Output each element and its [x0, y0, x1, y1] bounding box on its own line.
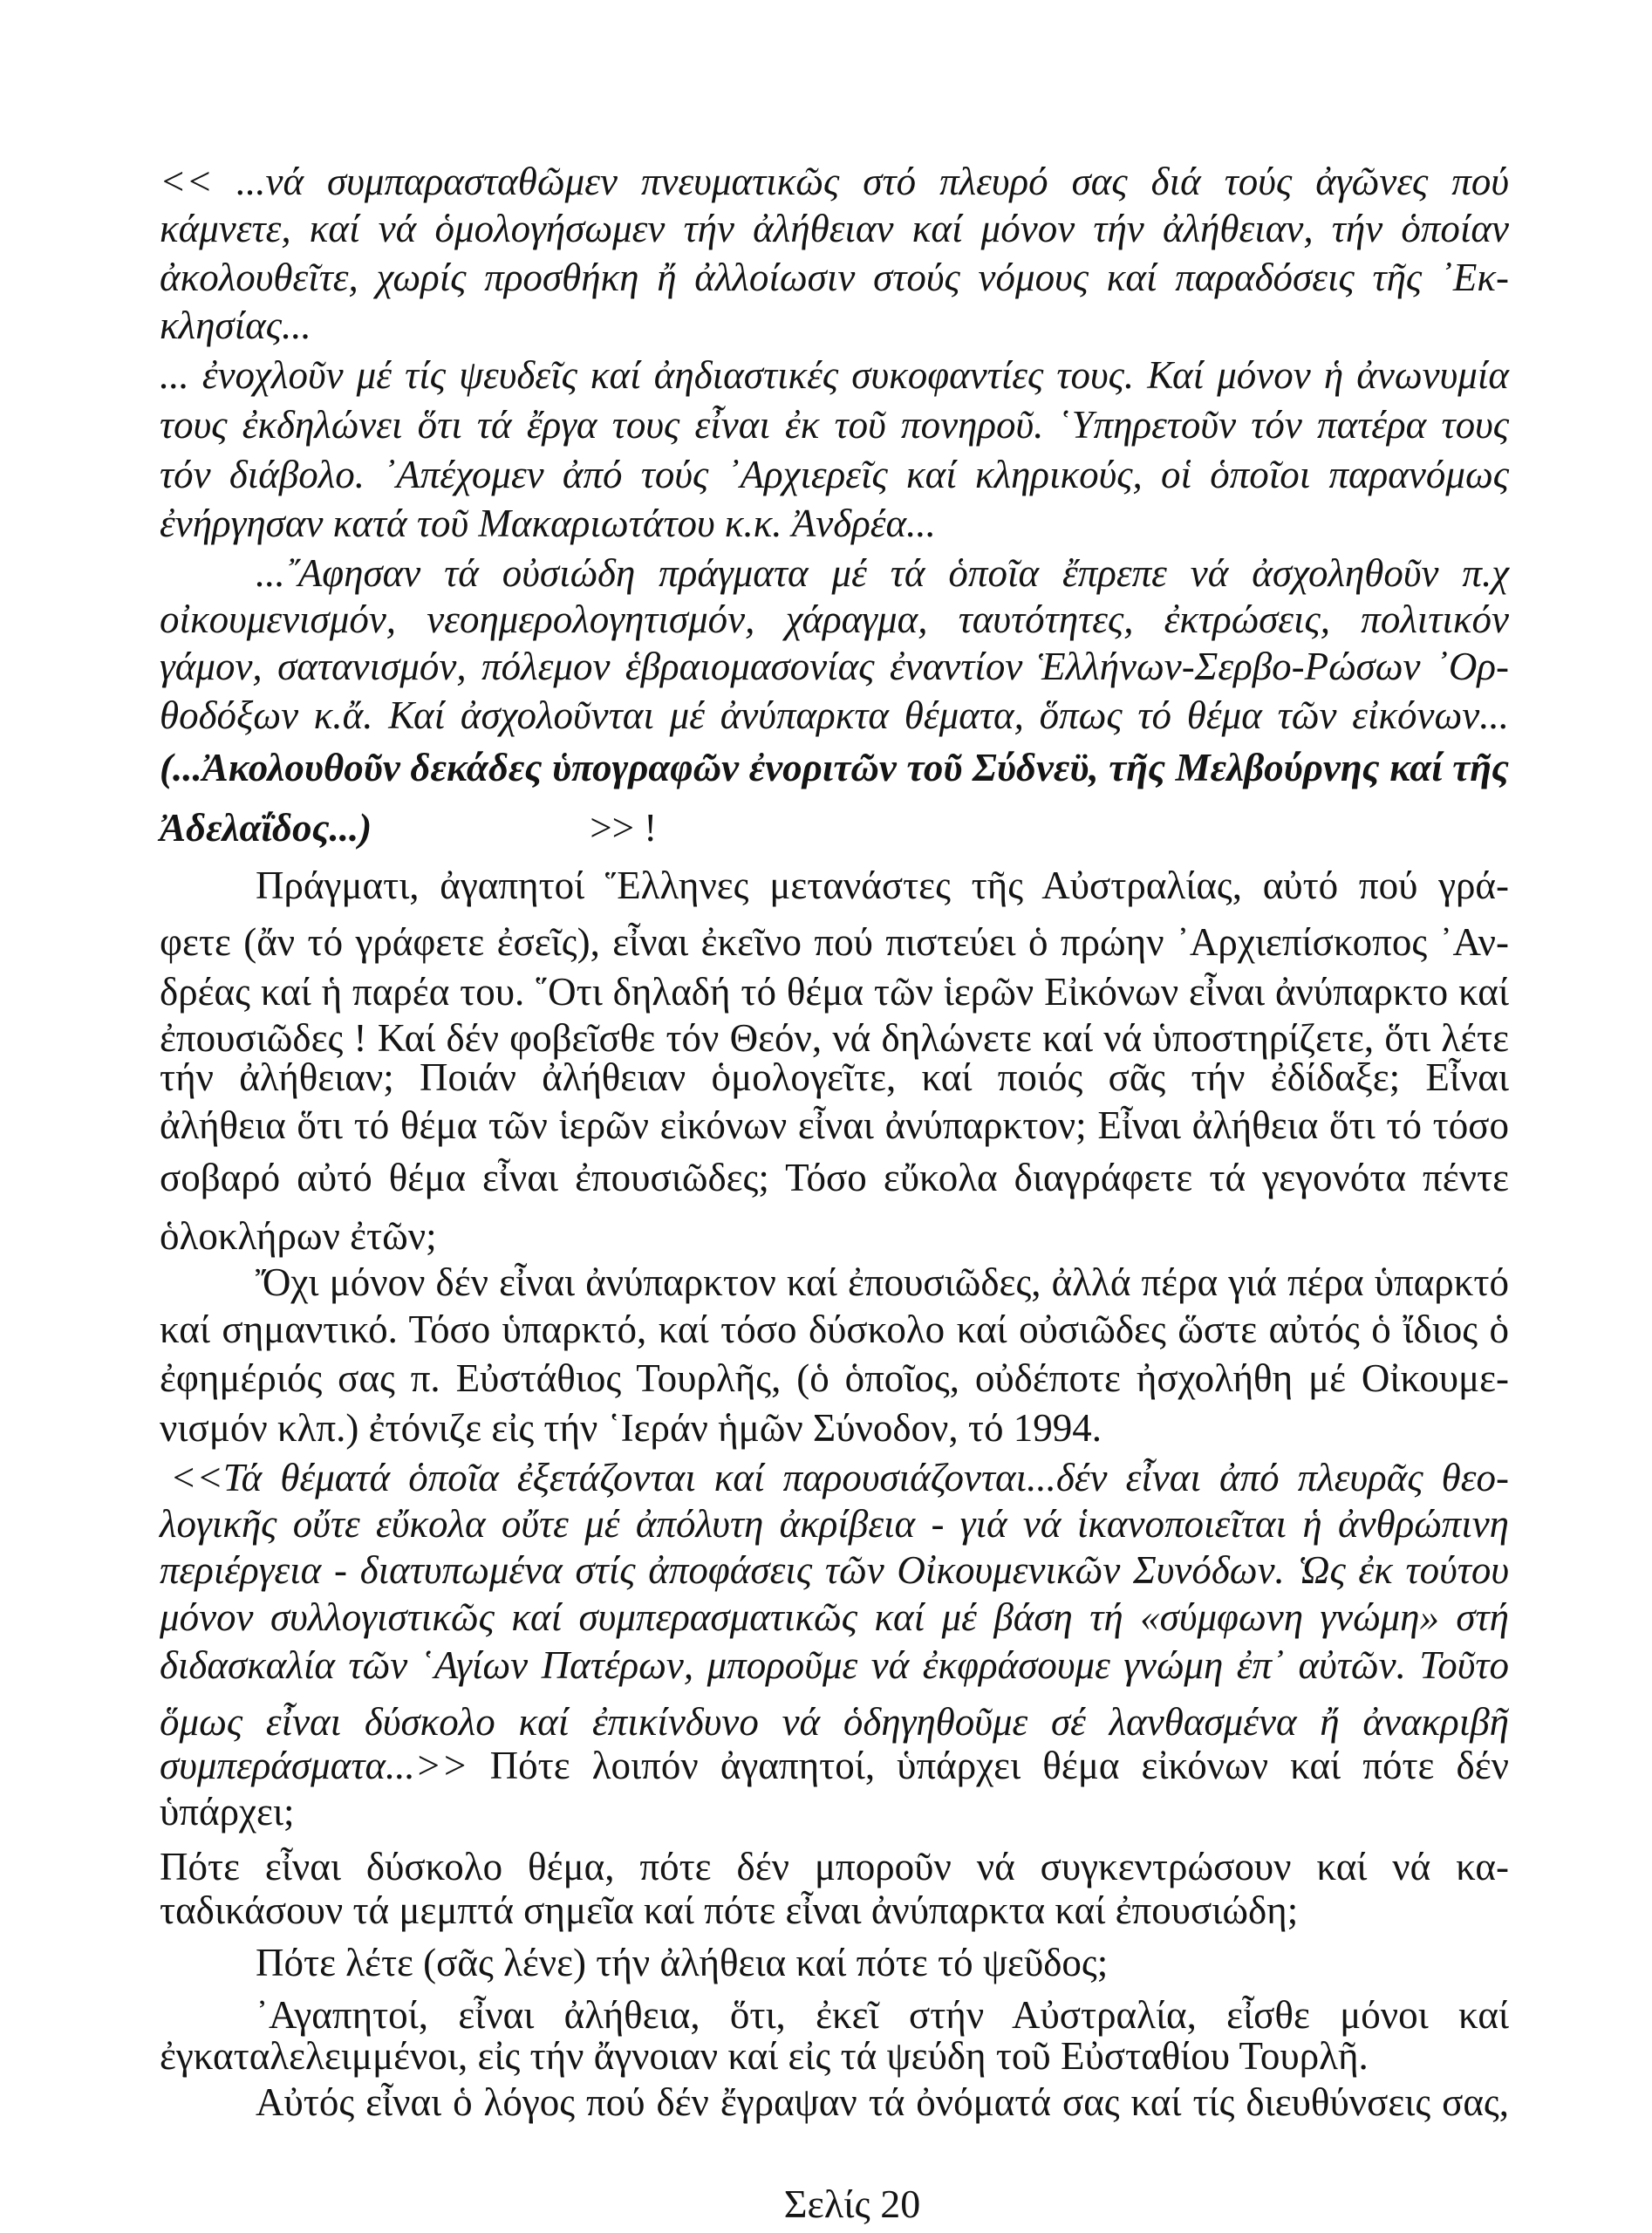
quote2-end-italic: συμπεράσματα...>> [160, 1744, 468, 1787]
signature-location: Ἀδελαΐδος...) [160, 806, 372, 850]
quote1-line-5: ... ἐνοχλοῦν μέ τίς ψευδεῖς καί ἀηδιαστι… [160, 349, 1509, 401]
quote2-line-3: περιέργεια - διατυπωμένα στίς ἀποφάσεις … [160, 1544, 1509, 1596]
page-number: Σελίς 20 [0, 2178, 1652, 2230]
paragraph2-line-1: Ὄχι μόνον δέν εἶναι ἀνύπαρκτον καί ἐπουσ… [160, 1256, 1509, 1308]
paragraph1-line-6: ἀλήθεια ὅτι τό θέμα τῶν ἱερῶν εἰκόνων εἶ… [160, 1099, 1509, 1151]
quote1-signature-line-2: Ἀδελαΐδος...)>> ! [160, 802, 1509, 854]
quote1-line-11: γάμον, σατανισμόν, πόλεμον ἑβραιομασονία… [160, 640, 1509, 693]
paragraph3-line-3: ταδικάσουν τά μεμπτά σημεῖα καί πότε εἶν… [160, 1884, 1509, 1936]
quote1-line-12: θοδόξων κ.ἄ. Καί ἀσχολοῦνται μέ ἀνύπαρκτ… [160, 689, 1509, 741]
quote1-line-7: τόν διάβολο. ᾿Απέχομεν ἀπό τούς ᾿Αρχιερε… [160, 448, 1509, 501]
quote1-line-3: ἀκολουθεῖτε, χωρίς προσθήκη ἤ ἀλλοίωσιν … [160, 251, 1509, 304]
paragraph1-line-8: ὁλοκλήρων ἐτῶν; [160, 1210, 1509, 1262]
quote1-line-9: ...῎Αφησαν τά οὐσιώδη πράγματα μέ τά ὁπο… [160, 547, 1509, 599]
paragraph1-line-3: δρέας καί ἡ παρέα του. ῞Οτι δηλαδή τό θέ… [160, 966, 1509, 1018]
quote1-line-2: κάμνετε, καί νά ὁμολογήσωμεν τήν ἀλήθεια… [160, 202, 1509, 255]
quote1-signature-line-1: (...Ἀκολουθοῦν δεκάδες ὑπογραφῶν ἐνοριτῶ… [160, 741, 1509, 794]
quote1-line-4: κλησίας... [160, 299, 1509, 352]
paragraph3-line-6: ἐγκαταλελειμμένοι, εἰς τήν ἄγνοιαν καί ε… [160, 2030, 1509, 2082]
quote2-line-1: <<Τά θέματά ὁποῖα ἐξετάζονται καί παρουσ… [170, 1451, 1509, 1504]
paragraph3-line-1: ὑπάρχει; [160, 1786, 1509, 1838]
quote2-line-7: συμπεράσματα...>> Πότε λοιπόν ἀγαπητοί, … [160, 1739, 1509, 1792]
paragraph1-line-5: τήν ἀλήθειαν; Ποιάν ἀλήθειαν ὁμολογεῖτε,… [160, 1051, 1509, 1103]
paragraph3-line-7: Αὐτός εἶναι ὁ λόγος πού δέν ἔγραψαν τά ὀ… [160, 2076, 1509, 2128]
paragraph2-line-2: καί σημαντικό. Τόσο ὑπαρκτό, καί τόσο δύ… [160, 1303, 1509, 1356]
quote-close: >> ! [590, 806, 657, 850]
document-page: << ...νά συμπαρασταθῶμεν πνευματικῶς στό… [0, 0, 1652, 2233]
quote1-line-10: οἰκουμενισμόν, νεοημερολογητισμόν, χάραγ… [160, 593, 1509, 645]
paragraph2-line-3: ἐφημέριός σας π. Εὐστάθιος Τουρλῆς, (ὁ ὁ… [160, 1352, 1509, 1404]
paragraph1-line-2: φετε (ἄν τό γράφετε ἐσεῖς), εἶναι ἐκεῖνο… [160, 916, 1509, 968]
quote2-line-5: διδασκαλία τῶν ῾Αγίων Πατέρων, μποροῦμε … [160, 1639, 1509, 1691]
quote1-line-1: << ...νά συμπαρασταθῶμεν πνευματικῶς στό… [160, 155, 1509, 208]
paragraph2-line-4: νισμόν κλπ.) ἐτόνιζε εἰς τήν ῾Ιεράν ἡμῶν… [160, 1402, 1509, 1454]
paragraph1-line-1: Πράγματι, ἀγαπητοί Ἕλληνες μετανάστες τῆ… [160, 859, 1509, 912]
quote2-line-4: μόνον συλλογιστικῶς καί συμπερασματικῶς … [160, 1591, 1509, 1643]
paragraph3-line-4: Πότε λέτε (σᾶς λένε) τήν ἀλήθεια καί πότ… [160, 1936, 1509, 1989]
quote2-end-roman: Πότε λοιπόν ἀγαπητοί, ὑπάρχει θέμα εἰκόν… [468, 1744, 1509, 1787]
quote1-line-6: τους ἐκδηλώνει ὅτι τά ἔργα τους εἶναι ἐκ… [160, 399, 1509, 451]
paragraph1-line-7: σοβαρό αὐτό θέμα εἶναι ἐπουσιῶδες; Τόσο … [160, 1151, 1509, 1204]
quote2-line-2: λογικῆς οὔτε εὔκολα οὔτε μέ ἀπόλυτη ἀκρί… [160, 1498, 1509, 1550]
quote1-line-8: ἐνήργησαν κατά τοῦ Μακαριωτάτου κ.κ. Ἀνδ… [160, 497, 1509, 550]
